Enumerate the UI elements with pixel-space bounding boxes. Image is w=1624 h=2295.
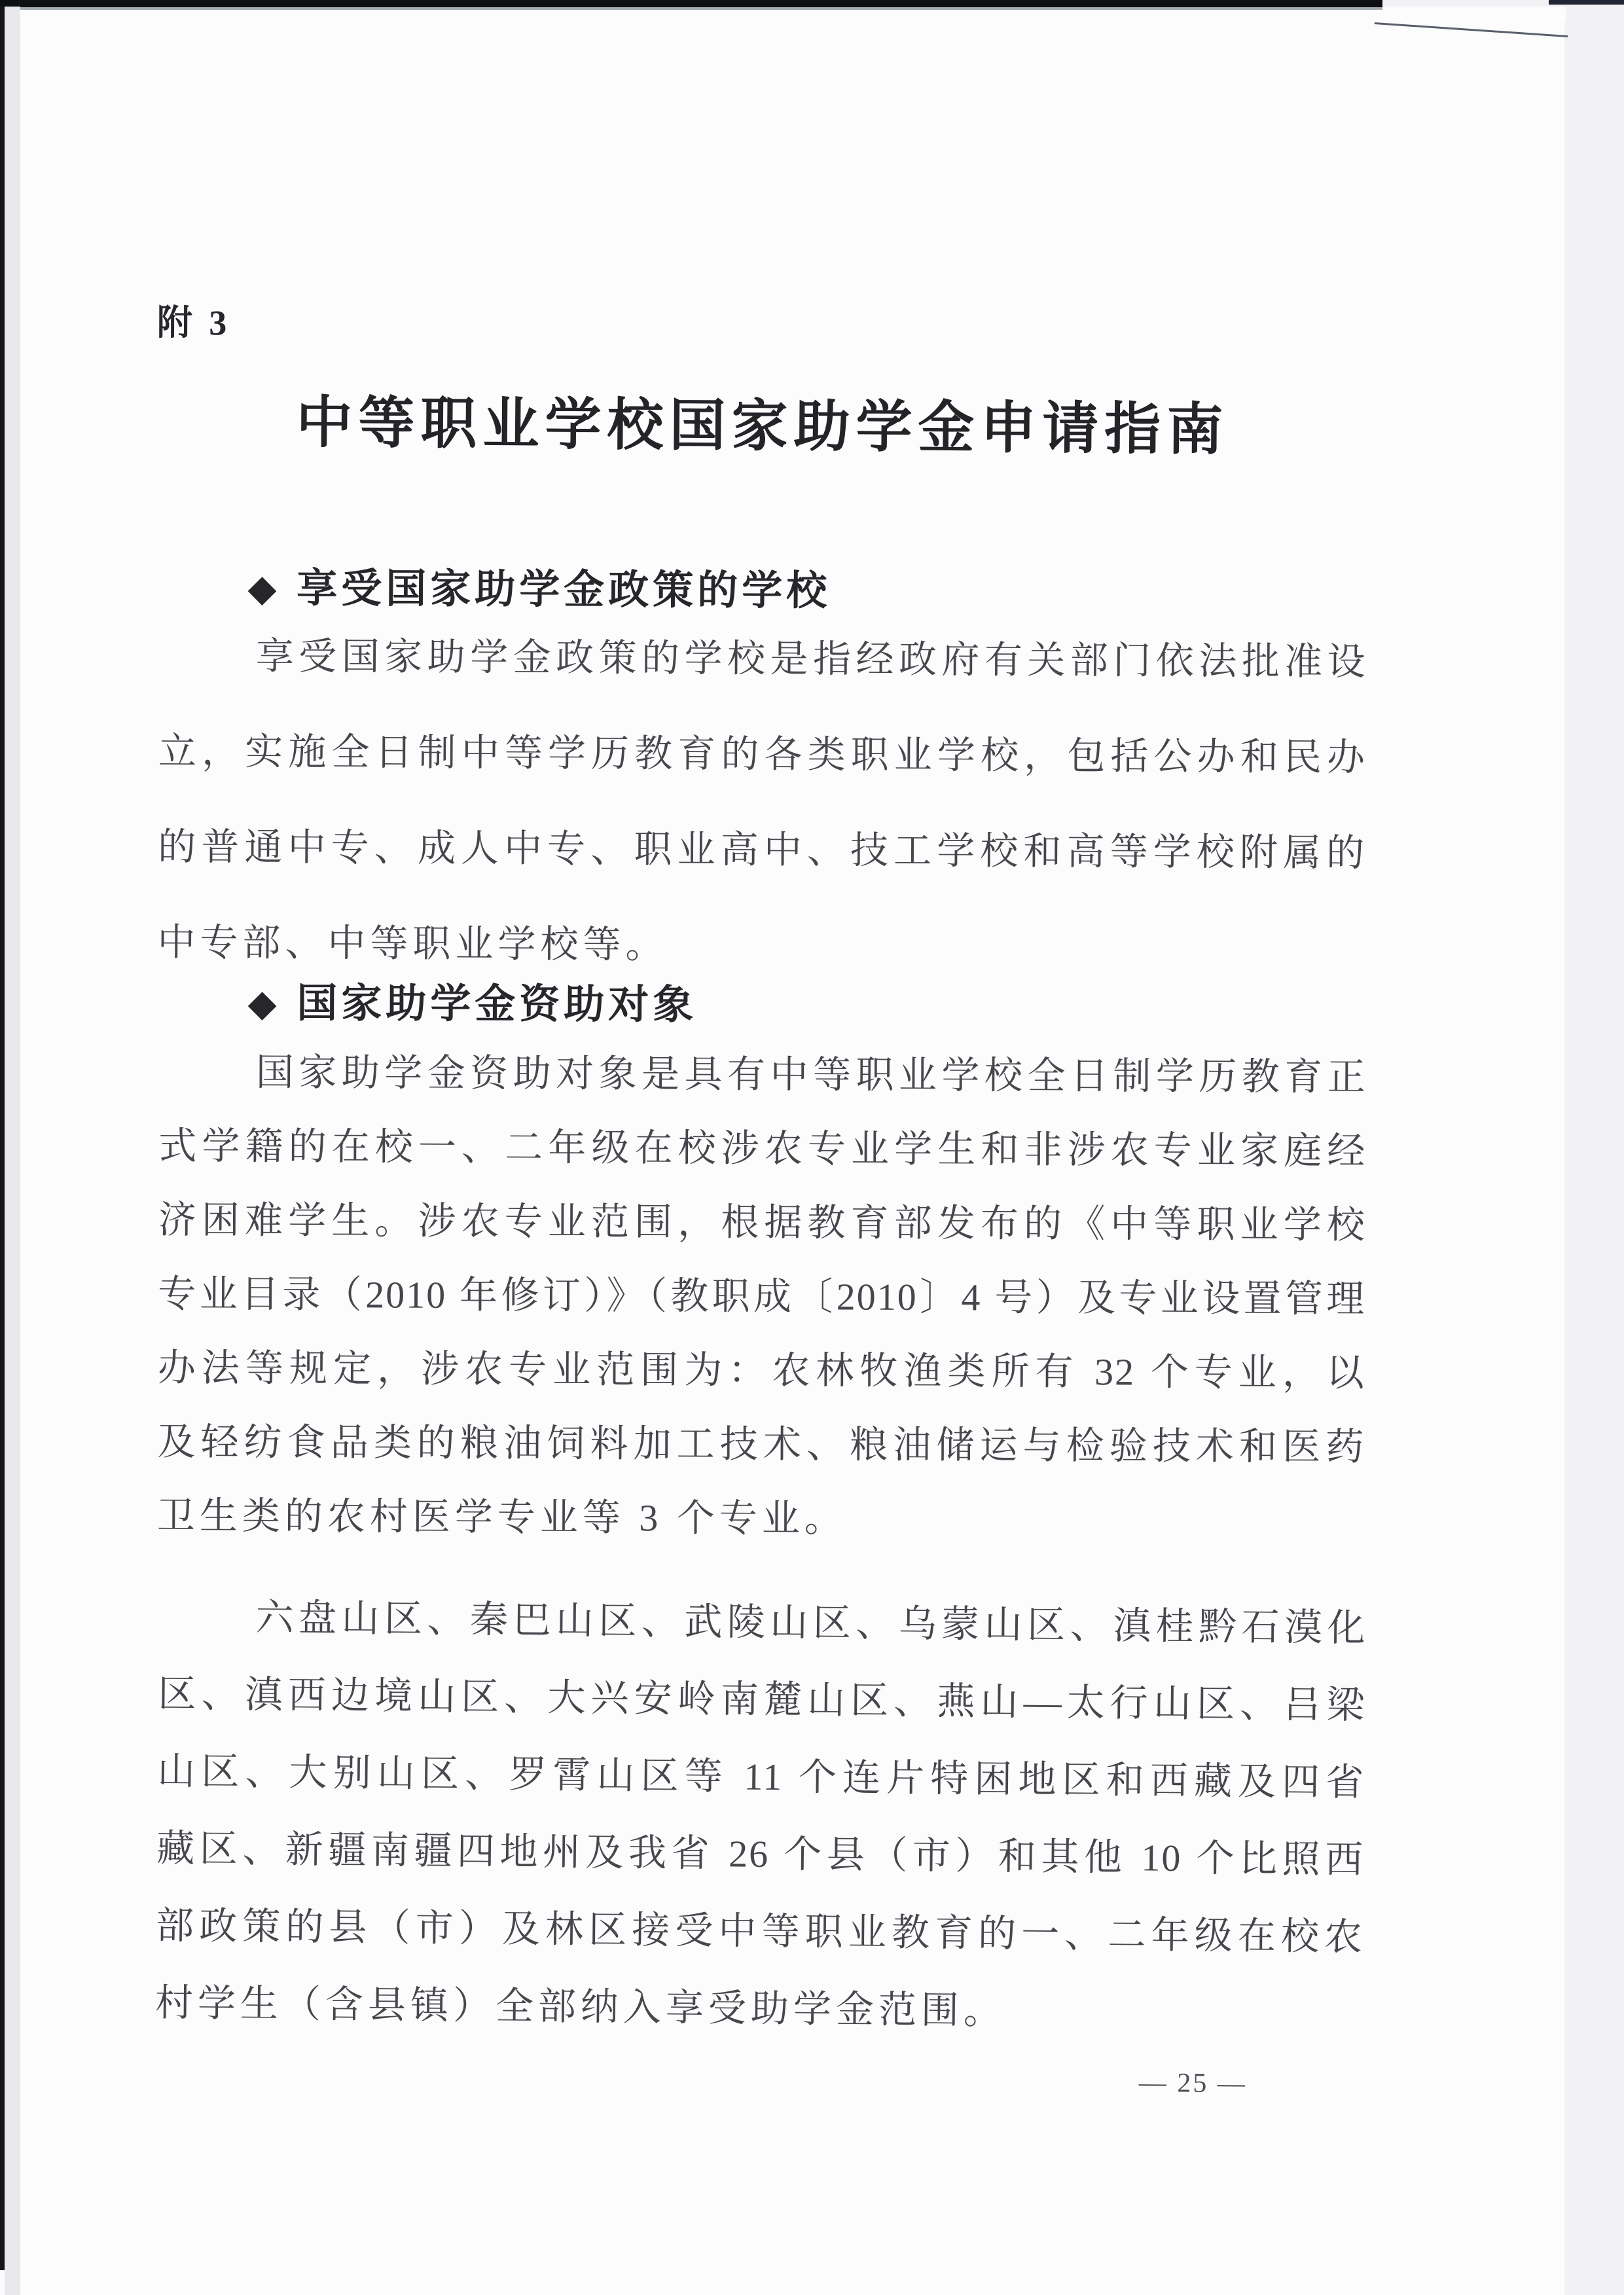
paragraph-schools: 享受国家助学金政策的学校是指经政府有关部门依法批准设 立，实施全日制中等学历教育…	[157, 630, 1367, 1019]
body-line: 村学生（含县镇）全部纳入享受助学金范围。	[154, 1977, 1363, 2066]
attachment-label: 附 3	[157, 295, 231, 345]
diamond-bullet-icon: ◆	[249, 569, 280, 608]
body-line: 及轻纺食品类的粮油饲料加工技术、粮油储运与检验技术和医药	[157, 1416, 1365, 1495]
paragraph-poor-areas: 六盘山区、秦巴山区、武陵山区、乌蒙山区、滇桂黔石漠化 区、滇西边境山区、大兴安岭…	[154, 1591, 1367, 2066]
body-line: 的普通中专、成人中专、职业高中、技工学校和高等学校附属的	[158, 821, 1366, 923]
body-line: 专业目录（2010 年修订）》（教职成〔2010〕4 号）及专业设置管理	[158, 1268, 1365, 1347]
scan-left-edge-artifact	[0, 7, 5, 2270]
scan-top-edge-artifact	[0, 0, 1382, 7]
scanned-document-page: 附 3 中等职业学校国家助学金申请指南 ◆享受国家助学金政策的学校 享受国家助学…	[0, 0, 1624, 2295]
page-number: — 25 —	[1139, 2067, 1247, 2099]
paper-left-edge-shadow	[5, 7, 20, 2295]
scan-top-edge-tint	[0, 7, 1382, 10]
body-line: 国家助学金资助对象是具有中等职业学校全日制学历教育正	[159, 1046, 1367, 1125]
body-line: 办法等规定，涉农专业范围为：农林牧渔类所有 32 个专业，以	[158, 1342, 1365, 1421]
document-title: 中等职业学校国家助学金申请指南	[158, 376, 1367, 466]
section-heading-schools: ◆享受国家助学金政策的学校	[249, 555, 831, 617]
body-line: 享受国家助学金政策的学校是指经政府有关部门依法批准设	[158, 630, 1367, 732]
section-heading-text: 享受国家助学金政策的学校	[297, 566, 831, 613]
scanner-background	[1564, 22, 1624, 2295]
section-heading-text: 国家助学金资助对象	[297, 981, 697, 1028]
body-line: 卫生类的农村医学专业等 3 个专业。	[157, 1490, 1365, 1569]
body-line: 济困难学生。涉农专业范围，根据教育部发布的《中等职业学校	[158, 1194, 1366, 1273]
body-line: 六盘山区、秦巴山区、武陵山区、乌蒙山区、滇桂黔石漠化	[158, 1591, 1367, 1680]
diamond-bullet-icon: ◆	[249, 984, 280, 1023]
body-line: 区、滇西边境山区、大兴安岭南麓山区、燕山—太行山区、吕梁	[158, 1668, 1366, 1757]
paragraph-recipients: 国家助学金资助对象是具有中等职业学校全日制学历教育正 式学籍的在校一、二年级在校…	[157, 1046, 1367, 1569]
body-line: 藏区、新疆南疆四地州及我省 26 个县（市）和其他 10 个比照西	[156, 1822, 1364, 1911]
body-line: 山区、大别山区、罗霄山区等 11 个连片特困地区和西藏及四省	[157, 1745, 1365, 1834]
body-line: 式学籍的在校一、二年级在校涉农专业学生和非涉农专业家庭经	[158, 1120, 1366, 1199]
section-heading-recipients: ◆国家助学金资助对象	[249, 970, 698, 1030]
scan-corner-artifact	[1549, 0, 1624, 5]
body-line: 部政策的县（市）及林区接受中等职业教育的一、二年级在校农	[155, 1900, 1363, 1989]
body-line: 立，实施全日制中等学历教育的各类职业学校，包括公办和民办	[158, 725, 1366, 827]
